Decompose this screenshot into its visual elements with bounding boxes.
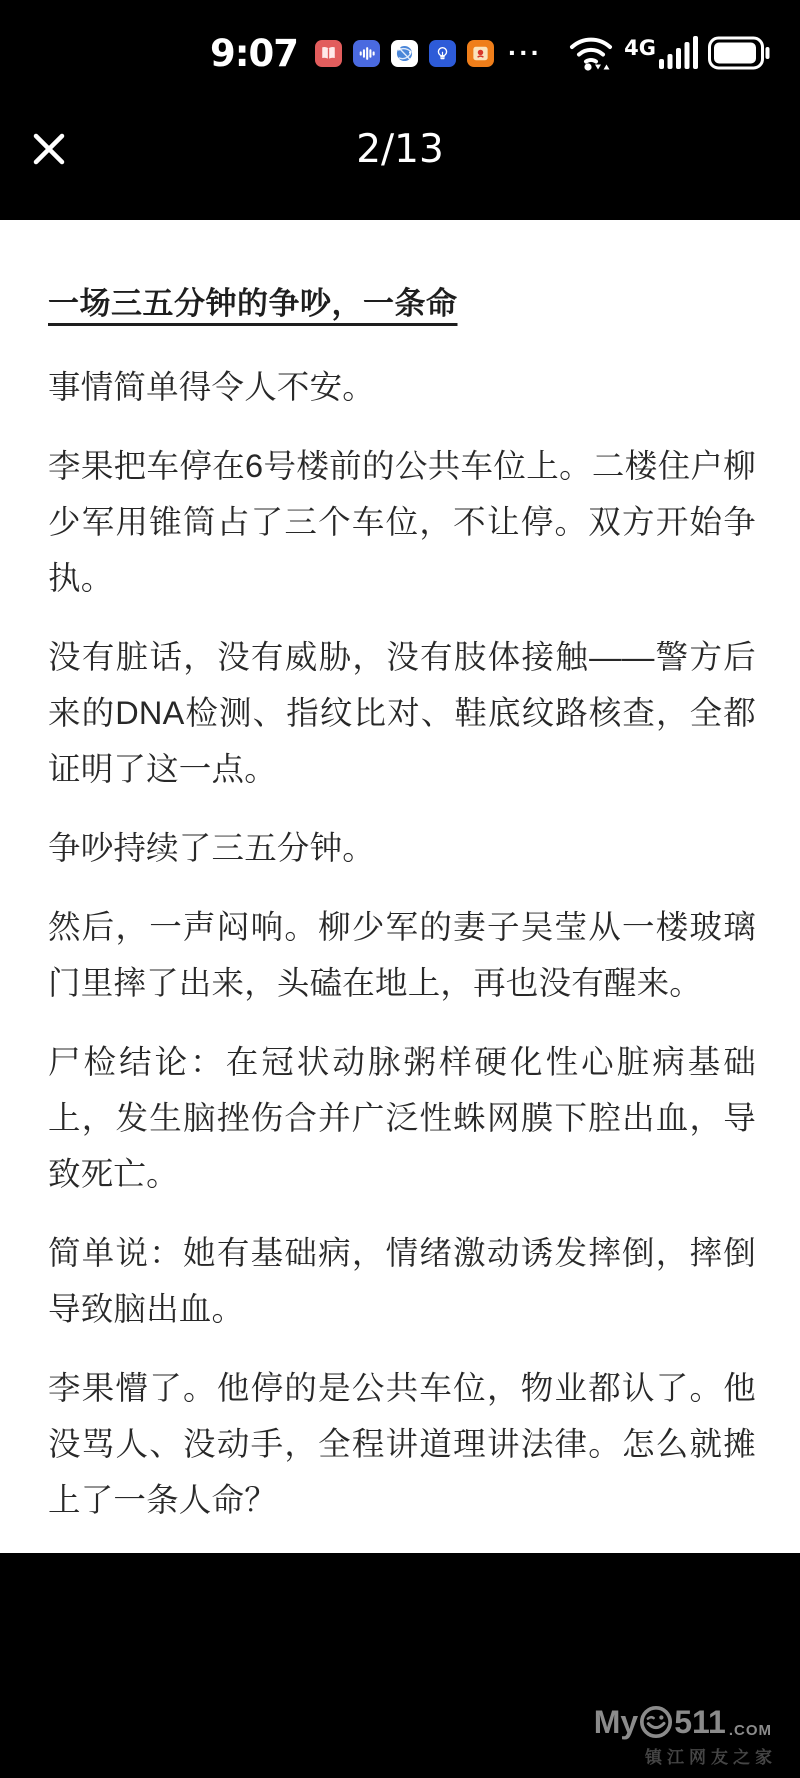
battery-icon <box>708 36 770 70</box>
wink-smiley-icon <box>639 1705 673 1739</box>
article-page[interactable]: 一场三五分钟的争吵，一条命 事情简单得令人不安。 李果把车停在6号楼前的公共车位… <box>0 220 800 1553</box>
book-icon <box>319 44 338 63</box>
mail-icon <box>470 43 491 64</box>
watermark-brand-number: 511 <box>674 1706 726 1738</box>
article-title: 一场三五分钟的争吵，一条命 <box>48 278 756 323</box>
phone-screen: 9:07 <box>0 0 800 1778</box>
voice-recorder-app-icon <box>353 40 380 67</box>
article-paragraph: 李果把车停在6号楼前的公共车位上。二楼住户柳少军用锥筒占了三个车位，不让停。双方… <box>48 438 756 606</box>
waveform-icon <box>358 45 375 62</box>
article-paragraph: 尸检结论：在冠状动脉粥样硬化性心脏病基础上，发生脑挫伤合并广泛性蛛网膜下腔出血，… <box>48 1034 756 1202</box>
cell-signal-group: 4G <box>624 35 699 71</box>
tips-app-icon <box>429 40 456 67</box>
article-paragraph: 没有脏话，没有威胁，没有肢体接触——警方后来的DNA检测、指纹比对、鞋底纹路核查… <box>48 629 756 797</box>
status-bar: 9:07 <box>0 0 800 88</box>
lightbulb-icon <box>434 45 451 62</box>
article-paragraph: 争吵持续了三五分钟。 <box>48 820 756 876</box>
wifi-icon <box>567 33 615 73</box>
network-type-label: 4G <box>624 38 656 59</box>
footer: My 511 .COM 镇江网友之家 <box>0 1553 800 1778</box>
browser-app-icon <box>391 40 418 67</box>
watermark-brand-prefix: My <box>594 1706 638 1738</box>
status-time: 9:07 <box>210 35 298 72</box>
watermark-logo: My 511 .COM <box>594 1705 772 1739</box>
site-watermark: My 511 .COM 镇江网友之家 <box>594 1705 772 1768</box>
more-status-icons: ··· <box>508 39 542 67</box>
mail-app-icon <box>467 40 494 67</box>
book-reader-app-icon <box>315 40 342 67</box>
watermark-brand-tld: .COM <box>729 1723 772 1738</box>
image-viewer-header: 2/13 <box>0 88 800 220</box>
watermark-subtitle: 镇江网友之家 <box>594 1743 777 1768</box>
article-paragraph: 然后，一声闷响。柳少军的妻子吴莹从一楼玻璃门里摔了出来，头磕在地上，再也没有醒来… <box>48 899 756 1011</box>
globe-icon <box>394 43 415 64</box>
article-paragraph: 简单说：她有基础病，情绪激动诱发摔倒，摔倒导致脑出血。 <box>48 1225 756 1337</box>
page-indicator: 2/13 <box>0 127 800 172</box>
article-paragraph: 李果懵了。他停的是公共车位，物业都认了。他没骂人、没动手，全程讲道理讲法律。怎么… <box>48 1360 756 1528</box>
signal-bars-icon <box>659 35 699 71</box>
status-right-group: 4G <box>567 33 770 73</box>
article-paragraph: 事情简单得令人不安。 <box>48 359 756 415</box>
